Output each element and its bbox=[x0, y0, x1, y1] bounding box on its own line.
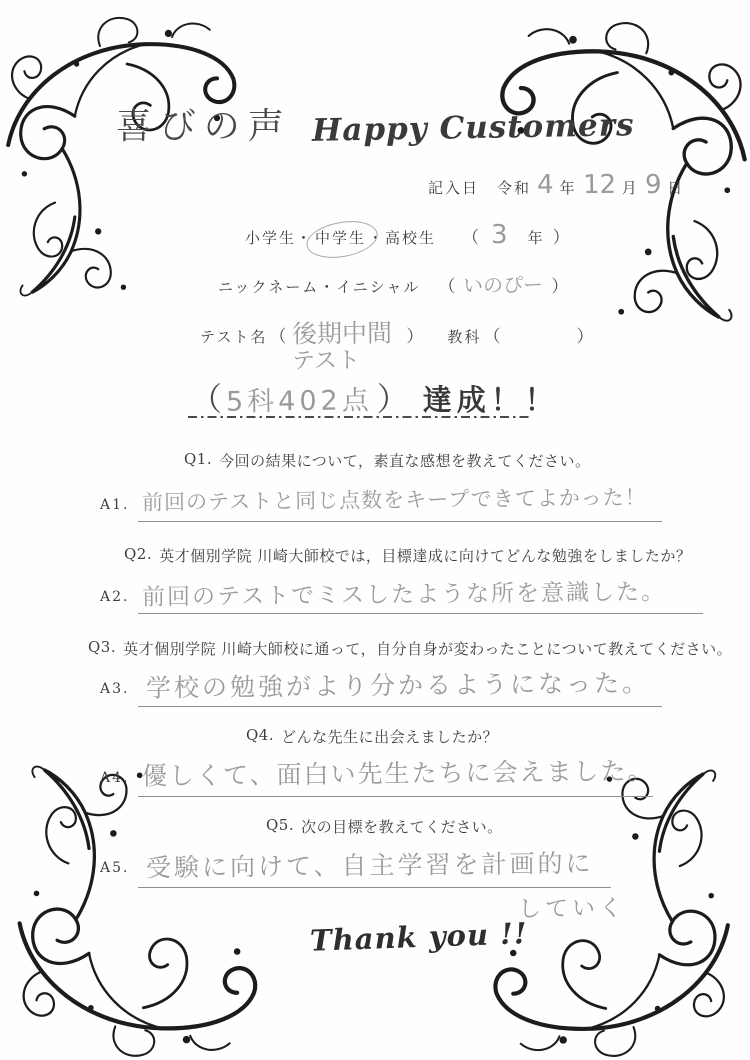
grade-paren-close: ） bbox=[553, 223, 570, 248]
flourish-ornament-bottom-left bbox=[0, 764, 274, 1060]
a1-underline bbox=[138, 521, 662, 522]
handdrawn-circle bbox=[304, 216, 381, 263]
title-japanese: 喜びの声 bbox=[116, 98, 292, 149]
q4-text: どんな先生に出会えましたか？ bbox=[281, 726, 498, 747]
achievement-text: 達成！！ bbox=[423, 378, 559, 419]
question-1: Q1. 今回の結果について，素直な感想を教えてください。 bbox=[184, 450, 591, 471]
nickname-handwritten: いのぴー bbox=[463, 269, 543, 299]
subject-paren-open: （ bbox=[483, 322, 500, 347]
test-paren-open: （ bbox=[269, 322, 286, 347]
month-unit: 月 bbox=[622, 177, 639, 198]
q5-text: 次の目標を教えてください。 bbox=[301, 816, 503, 837]
era-label: 令和 bbox=[497, 177, 531, 198]
student-label-post: ・高校生 bbox=[368, 227, 436, 248]
thank-you-text: Thank you !! bbox=[309, 916, 528, 958]
test-label: テスト名 bbox=[200, 326, 267, 347]
question-5: Q5. 次の目標を教えてください。 bbox=[266, 816, 503, 837]
a2-underline bbox=[138, 613, 703, 614]
q1-text: 今回の結果について，素直な感想を教えてください。 bbox=[219, 450, 590, 471]
flourish-ornament-top-left bbox=[0, 4, 244, 304]
nickname-label: ニックネーム・イニシャル bbox=[218, 276, 420, 297]
q3-text: 英才個別学院 川崎大師校に通って，自分自身が変わったことについて教えてください。 bbox=[123, 638, 732, 659]
q2-label: Q2. bbox=[124, 545, 152, 566]
a2-handwritten: 前回のテストでミスしたような所を意識した。 bbox=[142, 573, 666, 611]
year-unit: 年 bbox=[560, 177, 577, 198]
nickname-line: ニックネーム・イニシャル （ いのぴー ） bbox=[218, 269, 568, 298]
student-label-pre: 小学生・ bbox=[245, 227, 313, 248]
date-label: 記入日 bbox=[428, 177, 479, 198]
achievement-paren-open: （ bbox=[190, 374, 222, 420]
question-4: Q4. どんな先生に出会えましたか？ bbox=[246, 726, 498, 747]
scanned-feedback-form: 喜びの声 Happy Customers 記入日 令和 4 年 12 月 9 日… bbox=[0, 0, 750, 1060]
student-label-circled: 中学生 bbox=[315, 227, 366, 248]
a5-line2-handwritten: していく bbox=[518, 889, 626, 923]
q3-label: Q3. bbox=[88, 638, 116, 659]
grade-unit: 年 bbox=[528, 227, 545, 248]
a4-label: A4. bbox=[100, 770, 129, 786]
a1-handwritten: 前回のテストと同じ点数をキープできてよかった！ bbox=[142, 481, 647, 516]
a5-label: A5. bbox=[100, 860, 129, 876]
question-2: Q2. 英才個別学院 川崎大師校では，目標達成に向けてどんな勉強をしましたか？ bbox=[124, 545, 691, 566]
q4-label: Q4. bbox=[246, 726, 274, 747]
a4-underline bbox=[138, 796, 653, 797]
subject-paren-close: ） bbox=[576, 322, 593, 347]
achievement-score-handwritten: 5科402点 bbox=[226, 378, 373, 419]
date-line: 記入日 令和 4 年 12 月 9 日 bbox=[428, 170, 684, 200]
a5-underline bbox=[138, 887, 611, 888]
a3-underline bbox=[138, 706, 662, 707]
q1-label: Q1. bbox=[184, 450, 212, 471]
a3-label: A3. bbox=[100, 681, 129, 697]
achievement-underline bbox=[188, 416, 532, 418]
test-name-line: テスト名 （ 後期中間 ） 教科 （ ） bbox=[200, 314, 593, 350]
subject-label: 教科 bbox=[447, 326, 481, 347]
a1-label: A1. bbox=[100, 497, 129, 513]
test-paren-close: ） bbox=[406, 322, 423, 347]
grade-paren-open: （ bbox=[462, 223, 479, 248]
page-title: 喜びの声 Happy Customers bbox=[0, 98, 750, 149]
grade-handwritten: 3 bbox=[491, 220, 508, 250]
day-handwritten: 9 bbox=[645, 170, 662, 200]
title-english: Happy Customers bbox=[311, 107, 634, 149]
day-unit: 日 bbox=[667, 177, 684, 198]
achievement-line: （ 5科402点 ） 達成！！ bbox=[190, 374, 559, 420]
year-handwritten: 4 bbox=[537, 170, 554, 200]
nickname-paren-open: （ bbox=[438, 272, 455, 297]
question-3: Q3. 英才個別学院 川崎大師校に通って，自分自身が変わったことについて教えてく… bbox=[88, 638, 732, 659]
student-grade-line: 小学生・ 中学生 ・高校生 （ 3 年 ） bbox=[245, 220, 570, 250]
test-name-line2-handwritten: テスト bbox=[292, 342, 360, 376]
a5-handwritten: 受験に向けて、自主学習を計画的に bbox=[146, 844, 594, 885]
month-handwritten: 12 bbox=[582, 170, 615, 200]
achievement-paren-close: ） bbox=[377, 374, 409, 420]
q2-text: 英才個別学院 川崎大師校では，目標達成に向けてどんな勉強をしましたか？ bbox=[159, 545, 691, 566]
nickname-paren-close: ） bbox=[551, 272, 568, 297]
a2-label: A2. bbox=[100, 589, 129, 605]
a3-handwritten: 学校の勉強がより分かるようになった。 bbox=[146, 663, 650, 704]
q5-label: Q5. bbox=[266, 816, 294, 837]
a4-handwritten: 優しくて、面白い先生たちに会えました。 bbox=[142, 751, 655, 792]
